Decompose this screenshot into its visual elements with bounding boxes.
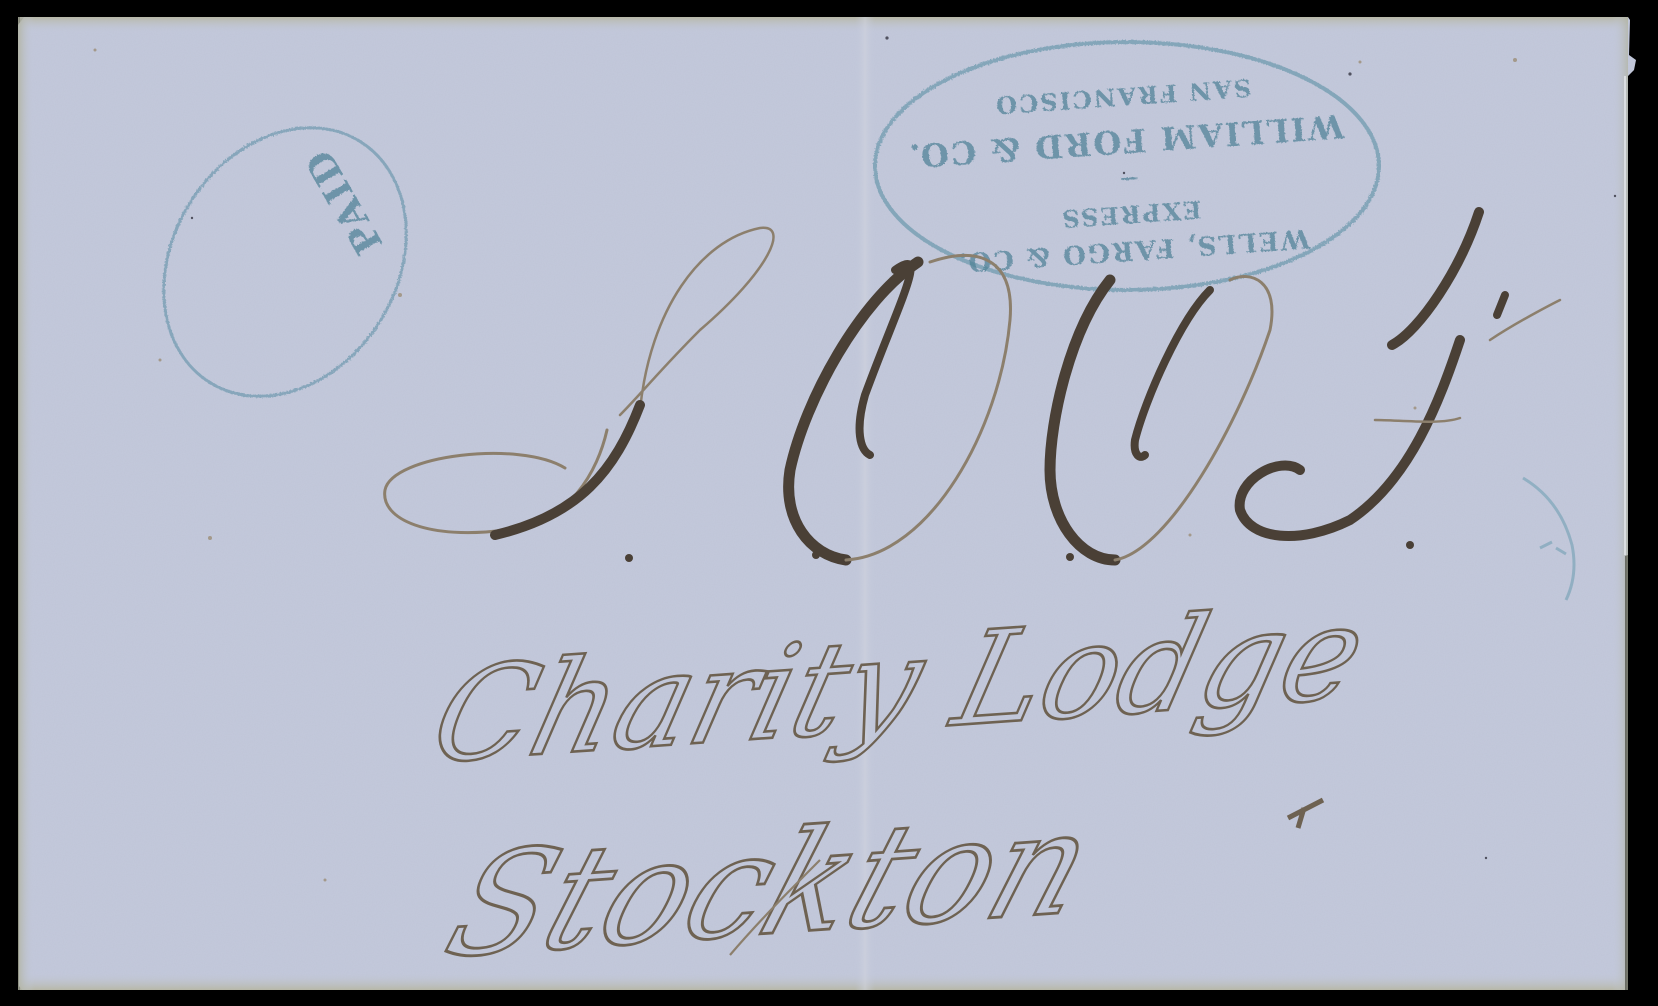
handstamp-divider: — [1118, 168, 1139, 190]
address-line-1: I. O. O. F. [0, 0, 75, 4]
postal-cover-image: PAID WELLS, FARGO & CO. EXPRESS — WILLIA… [0, 0, 1658, 1006]
